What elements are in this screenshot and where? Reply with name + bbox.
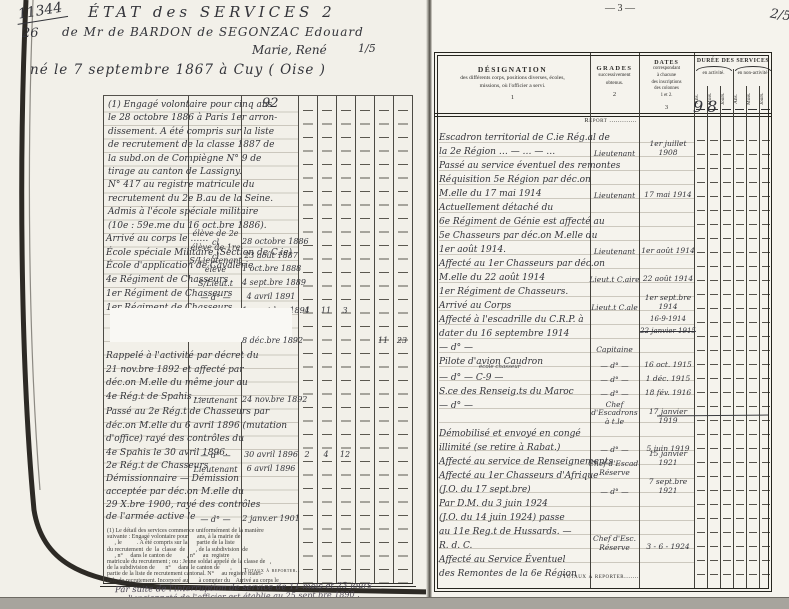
unit-rule [722, 109, 731, 110]
service-row: École spéciale Militaire (Section de C.i… [106, 247, 412, 261]
service-row: Actuellement détaché du 6e Régiment de G… [439, 201, 769, 257]
row-designation: 1er août 1914. [439, 243, 589, 257]
row-grade: Lieutenant [588, 248, 641, 257]
sheet-fraction-left: 1/5 [358, 42, 376, 55]
intro-line: N° 417 au registre matricule du [108, 179, 248, 192]
intro-line: de recrutement de la classe 1887 de [108, 139, 248, 152]
row-date: 4 sept.bre 1889 [242, 278, 300, 287]
service-row: Affecté à l'escadrille du C.R.P. à dater… [439, 313, 769, 355]
document-title: ÉTAT des SERVICES 2 [88, 3, 336, 21]
scan-background-strip [0, 597, 789, 609]
header-grades-title: GRADES [590, 65, 639, 72]
header-grades-sub: successivement [590, 72, 639, 80]
duration-mois: 4 [317, 450, 335, 459]
row-designation: Escadron territorial de C.ie Rég.al de [439, 131, 589, 145]
row-designation: R. d. C. [439, 539, 589, 553]
printed-footnote: (1) Le détail des services commence unif… [107, 528, 303, 584]
row-date: 24 nov.bre 1892 [242, 395, 300, 404]
service-row: Affecté au service de Renseignements Che… [439, 455, 769, 469]
row-designation: Rappelé à l'activité par décret du [106, 350, 248, 364]
header-dates-sub: des colonnes [639, 86, 694, 93]
left-table-vline [412, 96, 413, 583]
intro-line: recrutement du 2e B.au de la Seine. [108, 193, 248, 206]
left-totaux-label: Totaux à reporter.. [228, 567, 300, 574]
row-designation: acceptée par déc.on M.elle du [106, 486, 248, 499]
row-designation: — d° — [439, 399, 589, 413]
unit-rule [761, 109, 770, 110]
row-designation: Passé au service éventuel des remontes [439, 159, 589, 173]
row-designation: illimité (se retire à Rabat.) [439, 441, 589, 455]
header-nonactivite-label: en non-activité [733, 71, 772, 77]
report-label: Report ............. [515, 117, 637, 124]
header-dates-sub: des inscriptions [639, 80, 694, 87]
header-dates-sub: 1 et 2. [639, 93, 694, 100]
row-designation: — d° — C-9 — [439, 371, 589, 385]
row-date-struck: 22 janvier 1915 [640, 327, 696, 335]
duration-jours: 12 [336, 450, 354, 459]
row-grade: — d° — [588, 446, 641, 455]
header-designation-sub: missions, où l'officier a servi. [435, 82, 590, 90]
header-dates-sub: à chacune [639, 73, 694, 80]
header-duree-title: DURÉE DES SERVICES [694, 58, 772, 64]
left-page: 11344 26 ÉTAT des SERVICES 2 de Mr de BA… [0, 0, 432, 597]
row-date: 23 août 1887 [242, 251, 300, 260]
row-date: 1er août 1914 [640, 247, 696, 256]
header-activite-label: en activité. [694, 71, 733, 77]
row-grade: — d° — [588, 376, 641, 385]
service-row: 4e Régiment de Chasseurs S/Lieut.t 4 sep… [106, 274, 412, 288]
right-totaux-label: Totaux à reporter....... [519, 573, 639, 580]
row-date: 1 déc. 1915 [640, 375, 696, 384]
service-row: Pilote d'avion Caudron école chasseur — … [439, 355, 769, 371]
row-designation: 5e Chasseurs par déc.on M.elle du [439, 229, 589, 243]
row-date: 16-9-1914 [640, 315, 696, 323]
row-designation: au 11e Reg.t de Hussards. — [439, 525, 589, 539]
row-date: 16 oct. 1915 [640, 361, 696, 370]
row-date: 1 oct.bre 1888 [242, 264, 300, 273]
row-designation: M.elle du 22 août 1914 [439, 271, 589, 285]
service-table: DÉSIGNATION des différents corps, positi… [434, 52, 772, 592]
service-row: Affecté au 1er Chasseurs par déc.on M.el… [439, 257, 769, 285]
row-date: 3 - 6 - 1924 [640, 543, 696, 552]
row-grade: — d° — [588, 362, 641, 371]
header-col-number: 3 [639, 104, 694, 111]
row-grade: — d° — [588, 390, 641, 399]
report-mois: 8 [707, 97, 717, 116]
intro-line: la subd.on de Compiègne N° 9 de [108, 153, 248, 166]
intro-line: tirage au canton de Lassigny. [108, 166, 248, 179]
row-date: 6 avril 1896 [242, 464, 300, 473]
service-row: 8 déc.bre 1892 11 23 [106, 332, 412, 346]
row-designation: déc.on M.elle du 6 avril 1896 (mutation [106, 420, 248, 434]
intro-line: Admis à l'école spéciale militaire [108, 206, 248, 219]
scanned-service-record: 11344 26 ÉTAT des SERVICES 2 de Mr de BA… [0, 0, 789, 609]
row-designation: Affecté au service de Renseignements [439, 455, 589, 469]
row-designation: Arrivé au Corps [439, 299, 589, 313]
service-row: Démissionnaire — Démission acceptée par … [106, 473, 412, 524]
row-date: 2 janv.er 1901 [242, 514, 300, 523]
row-date: 17 janvier 1919 [640, 408, 696, 425]
row-date: 28 octobre 1886 [242, 237, 300, 246]
service-row: — d° — C-9 — — d° — 1 déc. 1915 [439, 371, 769, 385]
row-designation: Affecté à l'escadrille du C.R.P. à [439, 313, 589, 327]
left-table-vline [103, 96, 104, 583]
row-grade: Lieutenant [588, 192, 641, 201]
duration-mois: 11 [317, 306, 335, 315]
row-grade: Lieut.t C.aire [588, 276, 641, 285]
row-date: 18 fév. 1916 [640, 389, 696, 398]
row-designation: Par D.M. du 3 juin 1924 [439, 497, 589, 511]
secondary-number: 26 [22, 26, 39, 41]
duration-ans: 4 [298, 306, 316, 315]
header-col-number: 2 [590, 91, 639, 98]
row-designation: Actuellement détaché du [439, 201, 589, 215]
header-dates: DATES correspondant à chacune des inscri… [639, 53, 694, 111]
row-designation: (J.O. du 17 sept.bre) [439, 483, 589, 497]
row-grade: — d° — [588, 488, 641, 497]
row-designation: dater du 16 septembre 1914 [439, 327, 589, 341]
service-row: Passé au service éventuel des remontes R… [439, 159, 769, 201]
service-row: S.ce des Renseig.ts du Maroc — d° — 18 f… [439, 385, 769, 399]
service-row: École d'application de Cavalerie S/Lieut… [106, 260, 412, 274]
row-designation: Affecté au Service Éventuel [439, 553, 589, 567]
header-designation: DÉSIGNATION des différents corps, positi… [435, 53, 590, 101]
row-date: 4 avril 1891 [242, 292, 300, 301]
row-grade: Chef d'Esc. Réserve [588, 535, 641, 552]
row-designation: 1er Régiment de Chasseurs. [439, 285, 589, 299]
header-grades-sub: obtenus. [590, 80, 639, 88]
row-grade: Capitaine [588, 346, 641, 355]
service-row: Par D.M. du 3 juin 1924 (J.O. du 14 juin… [439, 497, 769, 553]
registry-number: 11344 [15, 0, 68, 25]
row-grade: S/Lieutenant élève [189, 256, 242, 274]
row-date: 30 avril 1896 [242, 450, 300, 459]
header-designation-sub: des différents corps, positions diverses… [435, 74, 590, 82]
row-grade: — d° — [189, 293, 242, 302]
row-designation: Affecté au 1er Chasseurs d'Afrique [439, 469, 589, 483]
row-grade: — d° — [189, 451, 242, 460]
service-row: 1er Régiment de Chasseurs — d° — 4 avril… [106, 288, 412, 302]
row-designation: 21 nov.bre 1892 et affecté par [106, 364, 248, 378]
service-row: 1er Régiment de Chasseurs. Arrivé au Cor… [439, 285, 769, 313]
report-ans: 9 [693, 97, 703, 116]
header-designation-title: DÉSIGNATION [435, 65, 590, 74]
row-date: 17 mai 1914 [640, 191, 696, 200]
row-designation: 6e Régiment de Génie est affecté au [439, 215, 589, 229]
service-row: 2e Rég.t de Chasseurs Lieutenant 6 avril… [106, 460, 412, 474]
row-designation: S.ce des Renseig.ts du Maroc [439, 385, 589, 399]
row-designation: la 2e Région … — … — … [439, 145, 589, 159]
header-dates-sub: correspondant [639, 66, 694, 73]
service-row: Passé au 2e Rég.t de Chasseurs par déc.o… [106, 406, 412, 460]
row-grade: Chef d'Escadrons à t.le [588, 401, 641, 427]
row-designation: — d° — [439, 341, 589, 355]
left-table-top-border [103, 95, 413, 96]
intro-line: dissement. A été compris sur la liste [108, 126, 248, 139]
row-designation: 29 X.bre 1900, rayé des contrôles [106, 499, 248, 512]
row-designation: Démissionnaire — Démission [106, 473, 248, 486]
row-grade: Lieutenant [588, 150, 641, 159]
duration-jours: 3 [336, 306, 354, 315]
service-row: Escadron territorial de C.ie Rég.al de l… [439, 131, 769, 159]
row-grade: Lieut.t C.ale [588, 304, 641, 313]
row-designation: d'office) rayé des contrôles du [106, 433, 248, 447]
row-designation: Réquisition 5e Région par déc.on [439, 173, 589, 187]
sheet-fraction-right: 2/5 [769, 6, 789, 24]
row-designation: (J.O. du 14 juin 1924) passe [439, 511, 589, 525]
row-date: 8 déc.bre 1892 [242, 336, 300, 345]
birth-line: né le 7 septembre 1867 à Cuy ( Oise ) [30, 62, 326, 78]
duration-ans: 2 [298, 450, 316, 459]
enlistment-paragraph: (1) Engagé volontaire pour cinq ans le 2… [108, 99, 248, 233]
row-date: 7 sept.bre 1921 [640, 478, 696, 495]
unit-rule [748, 109, 757, 110]
holder-name-line: de Mr de BARDON de SEGONZAC Edouard [62, 25, 364, 39]
header-grades: GRADES successivement obtenus. 2 [590, 53, 639, 98]
row-date: 15 janvier 1921 [640, 450, 696, 467]
row-designation: Affecté au 1er Chasseurs par déc.on [439, 257, 589, 271]
page-number: — 3 — [590, 3, 650, 14]
row-grade: — d° — [189, 515, 242, 524]
service-row: Affecté au 1er Chasseurs d'Afrique (J.O.… [439, 469, 769, 497]
row-designation: Passé au 2e Rég.t de Chasseurs par [106, 406, 248, 420]
row-date: 1er sept.bre 1914 [640, 294, 696, 311]
service-row: Rappelé à l'activité par décret du 21 no… [106, 350, 412, 405]
row-grade: Lieutenant [189, 396, 242, 405]
row-designation: déc.on M.elle du même jour au [106, 377, 248, 391]
unit-rule [735, 109, 744, 110]
row-designation: M.elle du 17 mai 1914 [439, 187, 589, 201]
row-date: 22 août 1914 [640, 275, 696, 284]
intro-line: le 28 octobre 1886 à Paris 1er arron- [108, 112, 248, 125]
row-grade: S/Lieut.t [189, 279, 242, 288]
row-designation-note: école chasseur [479, 364, 520, 370]
header-duree: DURÉE DES SERVICES en activité. en non-a… [694, 53, 772, 64]
nonactivity-mois: 11 [374, 336, 392, 345]
nonactivity-jours: 23 [393, 336, 411, 345]
service-row: — d° — Chef d'Escadrons à t.le 17 janvie… [439, 399, 769, 427]
right-page: — 3 — 2/5 DÉSIGNATION des différents cor… [432, 0, 789, 597]
row-designation: Démobilisé et envoyé en congé [439, 427, 589, 441]
holder-extra-names: Marie, René [252, 43, 327, 57]
intro-line: (1) Engagé volontaire pour cinq ans [108, 99, 248, 112]
row-date: 1er juillet 1908 [640, 140, 696, 157]
service-row: Arrivé au corps le …… élève de 2e cl 28 … [106, 233, 412, 247]
header-col-number: 1 [435, 94, 590, 101]
service-row: Démobilisé et envoyé en congé illimité (… [439, 427, 769, 455]
